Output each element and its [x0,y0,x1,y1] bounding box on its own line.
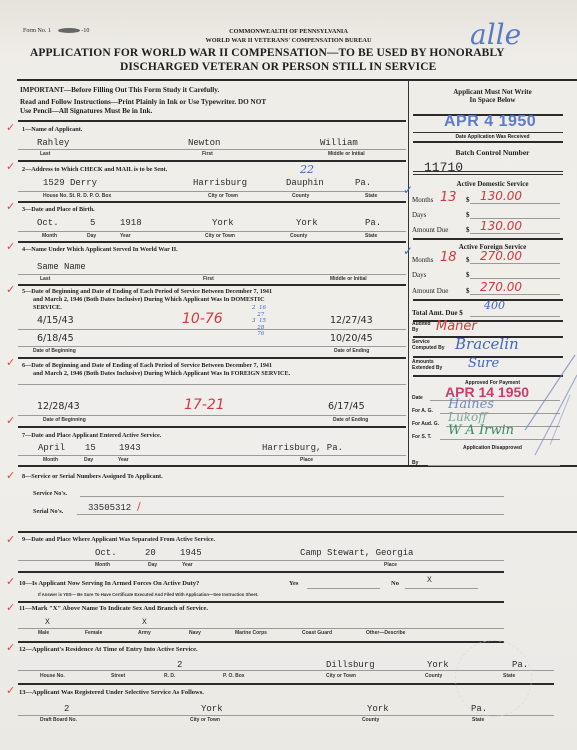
q8-label: 8—Service or Serial Numbers Assigned To … [22,473,163,480]
divider [18,284,406,286]
label-place: Place [300,457,313,463]
q10-note: If Answer is YES— Be Sure To Have Certif… [38,592,258,597]
q7-label: 7—Date and Place Applicant Entered Activ… [22,432,161,439]
label-county: County [290,233,307,239]
underline [18,346,406,347]
yes-field [307,588,380,589]
underline [470,263,560,264]
divider [18,641,504,643]
service-computed-signature: Bracelin [455,335,519,353]
separated-month: Oct. [95,548,117,558]
no-mark: X [427,576,432,585]
underline [18,415,406,416]
birth-city: York [212,218,234,228]
dollar-sign: $ [466,196,470,204]
service-no-label: Service No's. [33,490,67,497]
dollar-sign: $ [466,211,470,219]
domestic-days-label: Days [412,211,426,219]
option-marine-corps: Marine Corps [235,630,267,636]
birth-state: Pa. [365,218,381,228]
embossed-seal [455,640,532,717]
foreign-red-annotation: 17-21 [184,397,225,413]
amounts-extended-label: Amounts Extended By [412,360,452,371]
label-po-box: P. O. Box [223,673,245,679]
red-check-icon: ✓ [6,469,15,482]
label-state: State [365,193,377,199]
red-check-icon: ✓ [6,200,15,213]
option-female: Female [85,630,102,636]
separated-year: 1945 [180,548,202,558]
underline [18,149,406,150]
domestic-months-label: Months [412,196,433,204]
label-begin: Date of Beginning [33,348,76,354]
label-month: Month [43,457,58,463]
label-end: Date of Ending [333,417,368,423]
serial-number: 33505312 [88,503,131,513]
address-state: Pa. [355,178,371,188]
male-mark: X [45,618,50,627]
domestic-service-heading: Active Domestic Service [410,180,575,188]
address-street: 1529 Derry [43,178,97,188]
foreign-period-1-end: 6/17/45 [328,401,365,412]
underline [18,455,406,456]
q6-label-line-2: and March 2, 1946 (Both Dates Inclusive)… [33,370,290,377]
label-middle: Middle or Initial [330,276,367,282]
label-begin: Date of Beginning [43,417,86,423]
birth-day: 5 [90,218,95,228]
label-day: Day [87,233,96,239]
label-month: Month [95,562,110,568]
label-street: Street [111,673,125,679]
domestic-period-1-end: 12/27/43 [330,315,373,326]
underline [18,384,406,385]
divider [413,141,563,143]
batch-control-number: 11710 [424,160,463,175]
underline [18,231,406,232]
army-mark: X [142,618,147,627]
label-city: City or Town [326,673,356,679]
underline [80,496,504,497]
blue-check-icon: ✓ [403,183,413,197]
label-house: House No. St. R. D. P. O. Box [43,193,111,199]
underline [470,203,560,204]
domestic-period-2-begin: 6/18/45 [37,333,74,344]
address-annotation: 22 [300,163,314,176]
label-first: First [202,151,213,157]
q9-label: 9—Date and Place Where Applicant Was Sep… [22,536,215,543]
label-county: County [362,717,379,723]
audited-by-label: Audited By [412,322,434,333]
label-house-no: House No. [40,673,65,679]
draft-county: York [367,704,389,714]
label-place: Place [384,562,397,568]
label-middle: Middle or Initial [328,151,365,157]
divider [18,357,406,359]
q1-label: 1—Name of Applicant. [22,126,82,133]
application-form: Form No. 1 -10 COMMONWEALTH OF PENNSYLVA… [0,0,577,750]
label-day: Day [148,562,157,568]
applicant-middle-name: William [320,138,358,148]
domestic-months-amount: 130.00 [480,189,522,203]
address-county: Dauphin [286,178,324,188]
entered-place: Harrisburg, Pa. [262,443,343,453]
underline [428,465,560,466]
underline [18,715,554,716]
label-city: City or Town [208,193,238,199]
q4-label: 4—Name Under Which Applicant Served In W… [22,246,178,253]
q5-label-line-1: 5—Date of Beginning and Date of Ending o… [22,288,272,295]
underline [470,294,560,295]
foreign-months-label: Months [412,256,433,264]
red-check-icon: ✓ [6,121,15,134]
instruction-line-3: Use Pencil—All Signatures Must Be in Ink… [20,107,152,115]
divider [413,238,563,240]
q2-label: 2—Address to Which CHECK and MAIL is to … [22,166,167,173]
foreign-days-label: Days [412,271,426,279]
label-year: Year [182,562,193,568]
q12-label: 12—Applicant's Residence At Time of Entr… [19,646,198,653]
total-amount-due: 400 [484,299,505,312]
divider [18,241,406,243]
audited-by-signature: Maner [436,319,477,334]
option-male: Male [38,630,49,636]
amounts-extended-signature: Sure [468,356,499,371]
label-state: State [365,233,377,239]
divider [18,531,577,533]
service-name: Same Name [37,262,86,272]
red-check-icon: ✓ [6,414,15,427]
divider [18,571,504,573]
red-check-icon: ✓ [6,601,15,614]
label-year: Year [120,233,131,239]
for-st-signature: W A Irwin [448,423,514,438]
for-aud-g-label: For Aud. G. [412,421,439,427]
residence-rd: 2 [177,660,182,670]
divider [18,201,406,203]
yes-label: Yes [289,580,298,587]
residence-city: Dillsburg [326,660,375,670]
underline [470,316,560,317]
divider [413,171,563,172]
domestic-blue-calc: 2 16 273 15 28 76 [252,305,266,338]
label-city: City or Town [190,717,220,723]
underline [18,628,504,629]
label-county: County [292,193,309,199]
foreign-period-1-begin: 12/28/43 [37,401,80,412]
applicant-first-name: Newton [188,138,220,148]
draft-city: York [201,704,223,714]
entered-month: April [38,443,65,453]
option-coast-guard: Coast Guard [302,630,332,636]
no-label: No [391,580,399,587]
red-check-icon: ✓ [6,575,15,588]
red-check-icon: ✓ [6,160,15,173]
separated-day: 20 [145,548,156,558]
foreign-amount-label: Amount Due [412,287,448,295]
dollar-sign: $ [466,287,470,295]
form-title-line-2: DISCHARGED VETERAN OR PERSON STILL IN SE… [120,61,436,73]
option-army: Army [138,630,151,636]
received-date-stamp: APR 4 1950 [444,113,536,131]
domestic-red-annotation: 10-76 [182,311,223,327]
dollar-sign: $ [466,226,470,234]
total-amount-label: Total Amt. Due $ [412,309,463,317]
divider [18,426,406,428]
label-rd: R. D. [164,673,175,679]
divider [18,160,406,162]
separated-place: Camp Stewart, Georgia [300,548,413,558]
calc-line: 2 16 [252,305,266,312]
red-check-icon: ✓ [6,356,15,369]
serial-no-label: Serial No's. [33,508,63,515]
option-navy: Navy [189,630,201,636]
red-check-icon: / [137,500,141,513]
for-aud-g-signature: Lukoff [448,410,487,424]
red-check-icon: ✓ [6,684,15,697]
header-divider [17,79,577,81]
divider [18,601,504,603]
underline [18,191,406,192]
office-panel-divider [408,80,409,465]
domestic-period-1-begin: 4/15/43 [37,315,74,326]
pen-stroke-marks [520,350,577,460]
label-year: Year [118,457,129,463]
instruction-line-2: Read and Follow Instructions—Print Plain… [20,98,266,106]
label-day: Day [84,457,93,463]
underline [18,274,406,275]
label-first: First [203,276,214,282]
label-end: Date of Ending [334,348,369,354]
domestic-amount-label: Amount Due [412,226,448,234]
office-heading-1: Applicant Must Not Write [410,88,575,96]
red-check-icon: ✓ [6,240,15,253]
address-city: Harrisburg [193,178,247,188]
label-draft-board: Draft Board No. [40,717,77,723]
label-county: County [425,673,442,679]
received-label: Date Application Was Received [410,134,575,140]
domestic-months: 13 [440,190,457,205]
foreign-months-amount: 270.00 [480,249,522,263]
label-last: Last [40,276,50,282]
q10-label: 10—Is Applicant Now Serving In Armed For… [19,580,199,587]
q6-label-line-1: 6—Date of Beginning and Date of Ending o… [22,362,272,369]
dollar-sign: $ [466,271,470,279]
underline [18,560,504,561]
option-other: Other—Describe [366,630,405,636]
handwritten-initials: alle [470,18,521,51]
domestic-amount-due: 130.00 [480,219,522,233]
label-month: Month [42,233,57,239]
residence-county: York [427,660,449,670]
q13-label: 13—Applicant Was Registered Under Select… [19,689,204,696]
label-state: State [472,717,484,723]
calc-line: 3 15 [252,318,266,325]
calc-line: 76 [252,331,266,338]
q5-label-line-2: and March 2, 1946 (Both Dates Inclusive)… [33,296,265,303]
no-field [405,588,478,589]
q3-label: 3—Date and Place of Birth. [22,206,95,213]
red-check-icon: ✓ [6,533,15,546]
underline [77,514,504,515]
label-last: Last [40,151,50,157]
foreign-amount-due: 270.00 [480,280,522,294]
entered-day: 15 [85,443,96,453]
dollar-sign: $ [466,256,470,264]
birth-county: York [296,218,318,228]
foreign-months: 18 [440,250,457,265]
underline [18,329,406,330]
applicant-last-name: Rahley [37,138,69,148]
birth-month: Oct. [37,218,59,228]
underline [470,278,560,279]
office-heading-2: In Space Below [410,96,575,104]
for-ag-label: For A. G. [412,408,433,414]
entered-year: 1943 [119,443,141,453]
label-city: City or Town [205,233,235,239]
divider [413,174,563,175]
important-notice: IMPORTANT—Before Filling Out This Form S… [20,86,219,94]
red-check-icon: ✓ [6,283,15,296]
service-computed-label: Service Computed By [412,340,452,351]
draft-board-number: 2 [64,704,69,714]
q5-label-line-3: SERVICE. [33,304,62,311]
batch-control-label: Batch Control Number [410,148,575,157]
form-title-line-1: APPLICATION FOR WORLD WAR II COMPENSATIO… [30,47,505,59]
red-check-icon: ✓ [6,641,15,654]
underline [470,233,560,234]
q11-label: 11—Mark "X" Above Name To Indicate Sex A… [19,605,208,612]
disapproved-by-label: By [412,460,418,466]
divider [18,120,406,122]
divider [413,132,563,133]
birth-year: 1918 [120,218,142,228]
approval-date-label: Date [412,395,423,401]
domestic-period-2-end: 10/20/45 [330,333,373,344]
for-st-label: For S. T. [412,434,431,440]
